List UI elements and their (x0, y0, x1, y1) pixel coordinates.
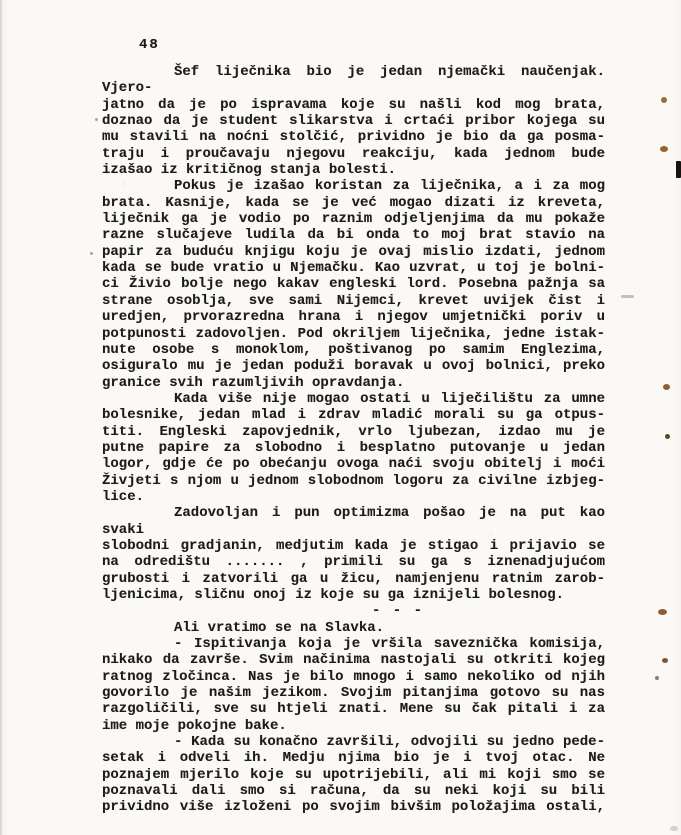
text-line: poznajem mjerilo koje su upotrijebili, a… (102, 767, 605, 783)
text-line: brata. Kasnije, kada se je već mogao diz… (102, 195, 605, 211)
text-line: ci Živio bolje nego kakav engleski lord.… (102, 276, 605, 292)
text-line: Pokus je izašao koristan za liječnika, a… (102, 178, 605, 194)
text-line: traju i proučavaju njegovu reakciju, kad… (102, 146, 605, 162)
text-line: razgoličili, sve su htjeli znati. Mene s… (102, 701, 605, 717)
scan-speck (660, 146, 668, 152)
text-line: prividno više izloženi po svojim bivšim … (102, 799, 605, 815)
scan-speck (621, 295, 634, 298)
text-line: izašao iz kritičnog stanja bolesti. (102, 162, 605, 178)
text-line: Živjeti s njom u jednom slobodnom logoru… (102, 473, 605, 489)
text-line: nute osobe s monoklom, poštivanog po sam… (102, 342, 605, 358)
text-line: govorilo je našim jezikom. Svojim pitanj… (102, 685, 605, 701)
section-separator: - - - (102, 603, 605, 619)
text-line: granice svih razumljivih opravdanja. (102, 375, 605, 391)
text-line: jatno da je po ispravama koje su našli k… (102, 97, 605, 113)
scan-speck (670, 826, 678, 831)
text-line: Zadovoljan i pun optimizma pošao je na p… (102, 505, 605, 538)
text-line: mu stavili na noćni stolčić, prividno je… (102, 129, 605, 145)
text-line: lice. (102, 489, 605, 505)
text-line: uredjen, prvorazredna hrana i njegov umj… (102, 309, 605, 325)
text-line: poznavali dali smo si računa, da su neki… (102, 783, 605, 799)
scan-speck (655, 676, 659, 680)
text-line: Šef liječnika bio je jedan njemački nauč… (102, 64, 605, 97)
scan-speck (95, 118, 98, 121)
scan-speck (658, 609, 667, 615)
text-line: - Ispitivanja koja je vršila saveznička … (102, 636, 605, 652)
text-line: grubosti i zatvorili ga u žicu, namjenje… (102, 571, 605, 587)
text-line: liječnik ga je vodio po raznim odjeljenj… (102, 211, 605, 227)
text-line: potpunosti zadovoljen. Pod okriljem lije… (102, 326, 605, 342)
scan-speck (661, 97, 667, 103)
text-line: titi. Engleski zapovjednik, vrlo ljubeza… (102, 424, 605, 440)
scan-speck (662, 658, 668, 663)
text-line: logor, gdje će po obećanju ovoga naći sv… (102, 456, 605, 472)
text-line: doznao da je student slikarstva i crtaći… (102, 113, 605, 129)
text-line: papir za buduću knjigu koju je ovaj misl… (102, 244, 605, 260)
text-line: putne papire za slobodno i besplatno put… (102, 440, 605, 456)
scan-tick (676, 161, 681, 178)
text-line: setak i odveli ih. Medju njima bio je i … (102, 750, 605, 766)
text-line: razne slučajeve ludila da bi onda to moj… (102, 227, 605, 243)
text-line: Ali vratimo se na Slavka. (102, 620, 605, 636)
text-line: osiguralo mu je jedan poduži boravak u o… (102, 358, 605, 374)
page-number: 48 (139, 37, 160, 53)
text-block: Šef liječnika bio je jedan njemački nauč… (102, 64, 605, 816)
text-line: slobodni gradjanin, medjutim kada je sti… (102, 538, 605, 554)
scan-speck (665, 434, 670, 439)
text-line: Kada više nije mogao ostati u liječilišt… (102, 391, 605, 407)
text-line: nikako da završe. Svim načinima nastojal… (102, 652, 605, 668)
scan-speck (663, 384, 670, 390)
text-line: strane osoblja, sve sami Nijemci, krevet… (102, 293, 605, 309)
text-line: ljenicima, sličnu onoj iz koje su ga izn… (102, 587, 605, 603)
text-line: bolesnike, jedan mlad i zdrav mladić mor… (102, 407, 605, 423)
scan-speck (90, 252, 93, 255)
text-line: ime moje pokojne bake. (102, 718, 605, 734)
text-line: kada se bude vratio u Njemačku. Kao uzvr… (102, 260, 605, 276)
text-line: na odredištu ....... , primili su ga s i… (102, 554, 605, 570)
text-line: - Kada su konačno završili, odvojili su … (102, 734, 605, 750)
text-line: ratnog zločinca. Nas je bilo mnogo i sam… (102, 669, 605, 685)
